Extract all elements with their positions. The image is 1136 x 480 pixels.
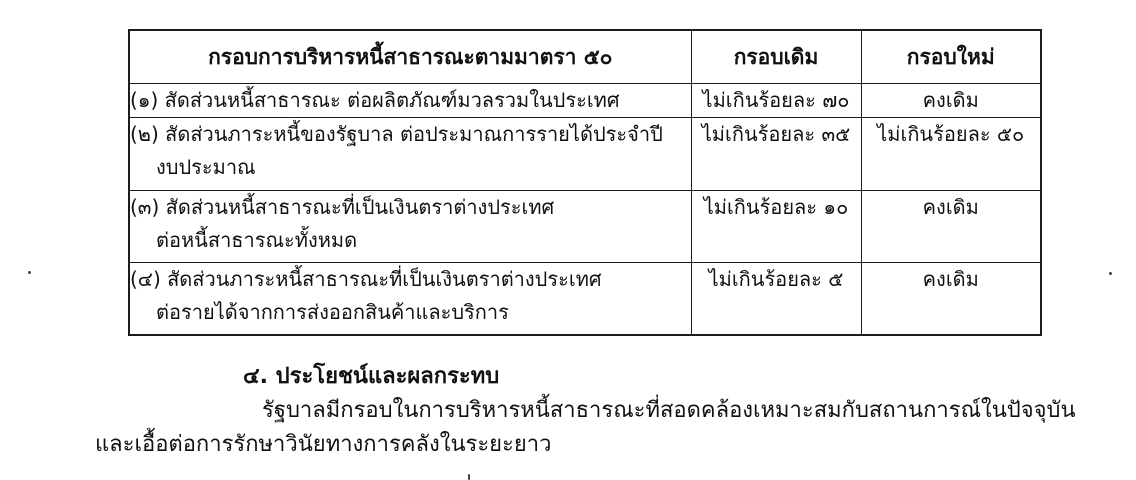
section-heading: ๔. ประโยชน์และผลกระทบ [243,358,499,393]
new-frame-value: คงเดิม [861,263,1041,335]
table-row: (๒) สัดส่วนภาระหนี้ของรัฐบาล ต่อประมาณกา… [129,118,1041,191]
table-row: (๓) สัดส่วนหนี้สาธารณะที่เป็นเงินตราต่าง… [129,191,1041,263]
header-framework-column: กรอบการบริหารหนี้สาธารณะตามมาตรา ๕๐ [129,30,691,84]
row-label-line: (๒) สัดส่วนภาระหนี้ของรัฐบาล ต่อประมาณกา… [130,118,691,151]
row-label-line: งบประมาณ [156,151,691,184]
scan-speck [28,271,31,274]
scan-speck [1109,272,1112,275]
table-row: (๔) สัดส่วนภาระหนี้สาธารณะที่เป็นเงินตรา… [129,263,1041,335]
row-label-line: (๔) สัดส่วนภาระหนี้สาธารณะที่เป็นเงินตรา… [130,263,691,296]
old-frame-value: ไม่เกินร้อยละ ๕ [691,263,861,335]
new-frame-value: คงเดิม [861,191,1041,263]
table-row: (๑) สัดส่วนหนี้สาธารณะ ต่อผลิตภัณฑ์มวลรว… [129,84,1041,118]
row-label-line: ต่อหนี้สาธารณะทั้งหมด [156,224,691,257]
row-label-line: (๑) สัดส่วนหนี้สาธารณะ ต่อผลิตภัณฑ์มวลรว… [130,84,691,117]
row-label: (๔) สัดส่วนภาระหนี้สาธารณะที่เป็นเงินตรา… [129,263,691,335]
new-frame-value: คงเดิม [861,84,1041,118]
scanned-document-page: { "table": { "headers": [ "กรอบการบริหาร… [0,0,1136,480]
row-label: (๓) สัดส่วนหนี้สาธารณะที่เป็นเงินตราต่าง… [129,191,691,263]
new-frame-value: ไม่เกินร้อยละ ๕๐ [861,118,1041,191]
old-frame-value: ไม่เกินร้อยละ ๗๐ [691,84,861,118]
row-label: (๑) สัดส่วนหนี้สาธารณะ ต่อผลิตภัณฑ์มวลรว… [129,84,691,118]
paragraph-line: รัฐบาลมีกรอบในการบริหารหนี้สาธารณะที่สอด… [262,392,1076,427]
row-label-line: (๓) สัดส่วนหนี้สาธารณะที่เป็นเงินตราต่าง… [130,191,691,224]
old-frame-value: ไม่เกินร้อยละ ๓๕ [691,118,861,191]
row-label-line: ต่อรายได้จากการส่งออกสินค้าและบริการ [156,296,691,329]
public-debt-framework-table: กรอบการบริหารหนี้สาธารณะตามมาตรา ๕๐ กรอบ… [128,29,1042,336]
table-header-row: กรอบการบริหารหนี้สาธารณะตามมาตรา ๕๐ กรอบ… [129,30,1041,84]
header-new-frame-column: กรอบใหม่ [861,30,1041,84]
header-old-frame-column: กรอบเดิม [691,30,861,84]
scan-speck [468,474,470,480]
paragraph-line: และเอื้อต่อการรักษาวินัยทางการคลังในระยะ… [95,426,551,461]
row-label: (๒) สัดส่วนภาระหนี้ของรัฐบาล ต่อประมาณกา… [129,118,691,191]
old-frame-value: ไม่เกินร้อยละ ๑๐ [691,191,861,263]
